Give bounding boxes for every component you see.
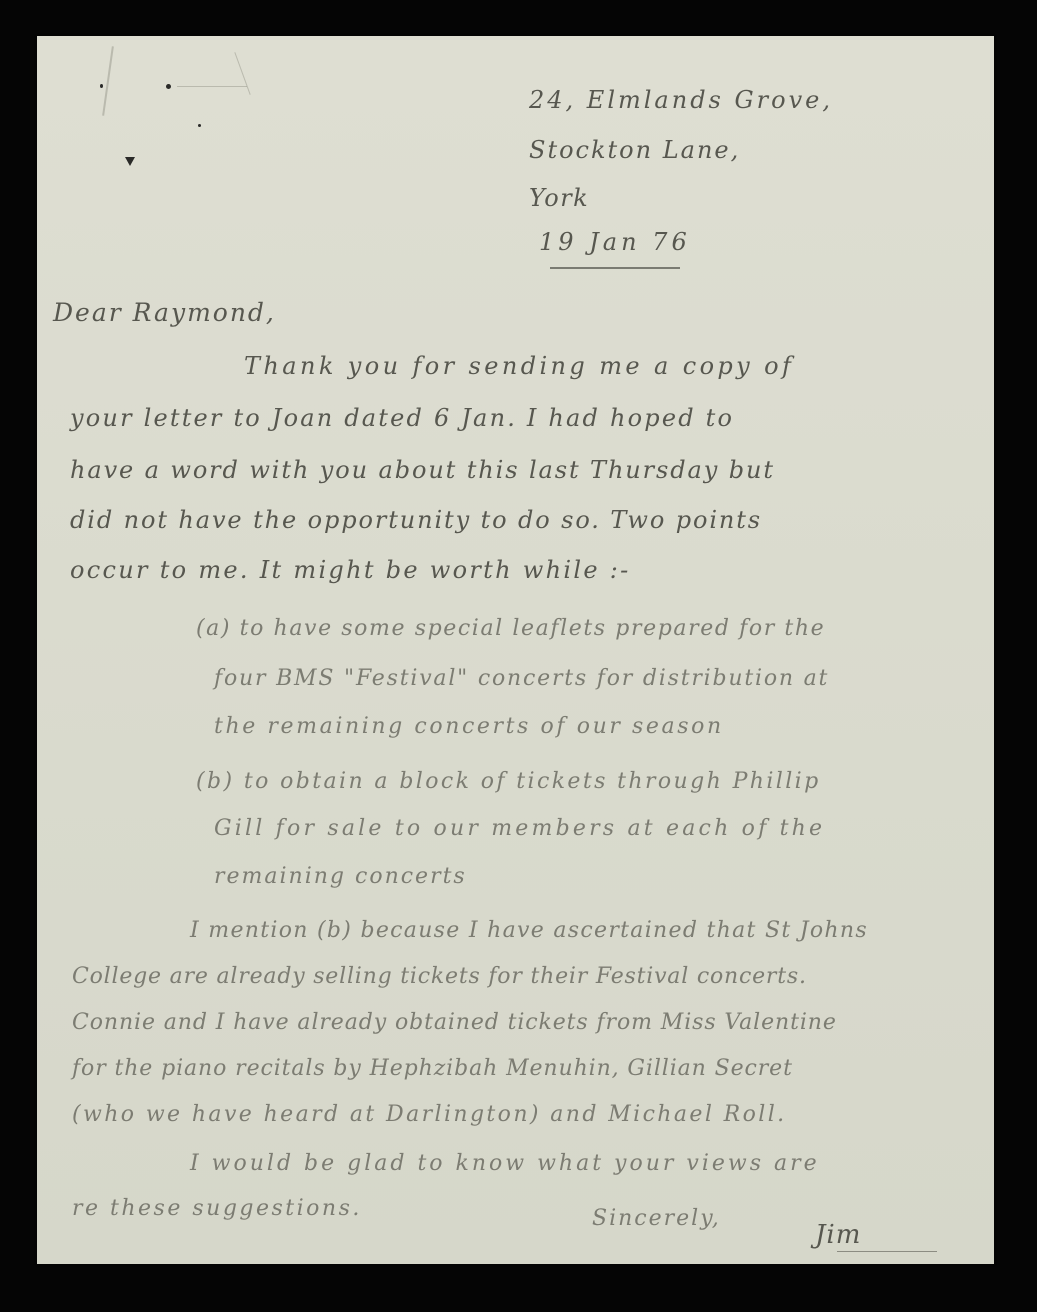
sign-off: Sincerely, bbox=[592, 1208, 721, 1230]
paragraph-line: College are already selling tickets for … bbox=[72, 966, 807, 988]
point-b-line: (b) to obtain a block of tickets through… bbox=[196, 771, 821, 793]
pencil-mark bbox=[102, 46, 114, 116]
pencil-mark bbox=[234, 52, 250, 95]
signature: Jim bbox=[815, 1222, 861, 1248]
address-line-2: Stockton Lane, bbox=[529, 138, 740, 162]
pencil-mark bbox=[177, 86, 247, 87]
paragraph-line: (who we have heard at Darlington) and Mi… bbox=[72, 1104, 787, 1126]
body-line: did not have the opportunity to do so. T… bbox=[70, 508, 762, 532]
point-b-line: remaining concerts bbox=[214, 866, 467, 888]
signature-underline bbox=[837, 1251, 937, 1252]
body-line: have a word with you about this last Thu… bbox=[70, 458, 775, 482]
letter-date: 19 Jan 76 bbox=[539, 230, 691, 254]
ink-dot bbox=[198, 124, 201, 127]
point-a-line: four BMS "Festival" concerts for distrib… bbox=[214, 668, 829, 690]
date-underline bbox=[550, 267, 680, 269]
address-line-3: York bbox=[529, 186, 589, 210]
point-a-line: the remaining concerts of our season bbox=[214, 716, 724, 738]
point-b-line: Gill for sale to our members at each of … bbox=[214, 818, 825, 840]
salutation: Dear Raymond, bbox=[53, 300, 276, 325]
point-a-line: (a) to have some special leaflets prepar… bbox=[196, 618, 825, 640]
paragraph-line: Connie and I have already obtained ticke… bbox=[72, 1012, 837, 1034]
ink-dot bbox=[166, 84, 171, 89]
address-line-1: 24, Elmlands Grove, bbox=[529, 88, 833, 112]
letter-page: 24, Elmlands Grove, Stockton Lane, York … bbox=[37, 36, 994, 1264]
body-line: your letter to Joan dated 6 Jan. I had h… bbox=[70, 406, 734, 430]
paragraph-line: I mention (b) because I have ascertained… bbox=[190, 920, 868, 942]
ink-dot bbox=[100, 84, 103, 88]
body-line: occur to me. It might be worth while :- bbox=[70, 558, 631, 582]
ink-triangle-mark bbox=[125, 157, 135, 166]
paragraph-line: for the piano recitals by Hephzibah Menu… bbox=[72, 1058, 793, 1080]
closing-line: re these suggestions. bbox=[72, 1198, 362, 1220]
body-line: Thank you for sending me a copy of bbox=[244, 354, 794, 378]
closing-line: I would be glad to know what your views … bbox=[190, 1153, 820, 1175]
